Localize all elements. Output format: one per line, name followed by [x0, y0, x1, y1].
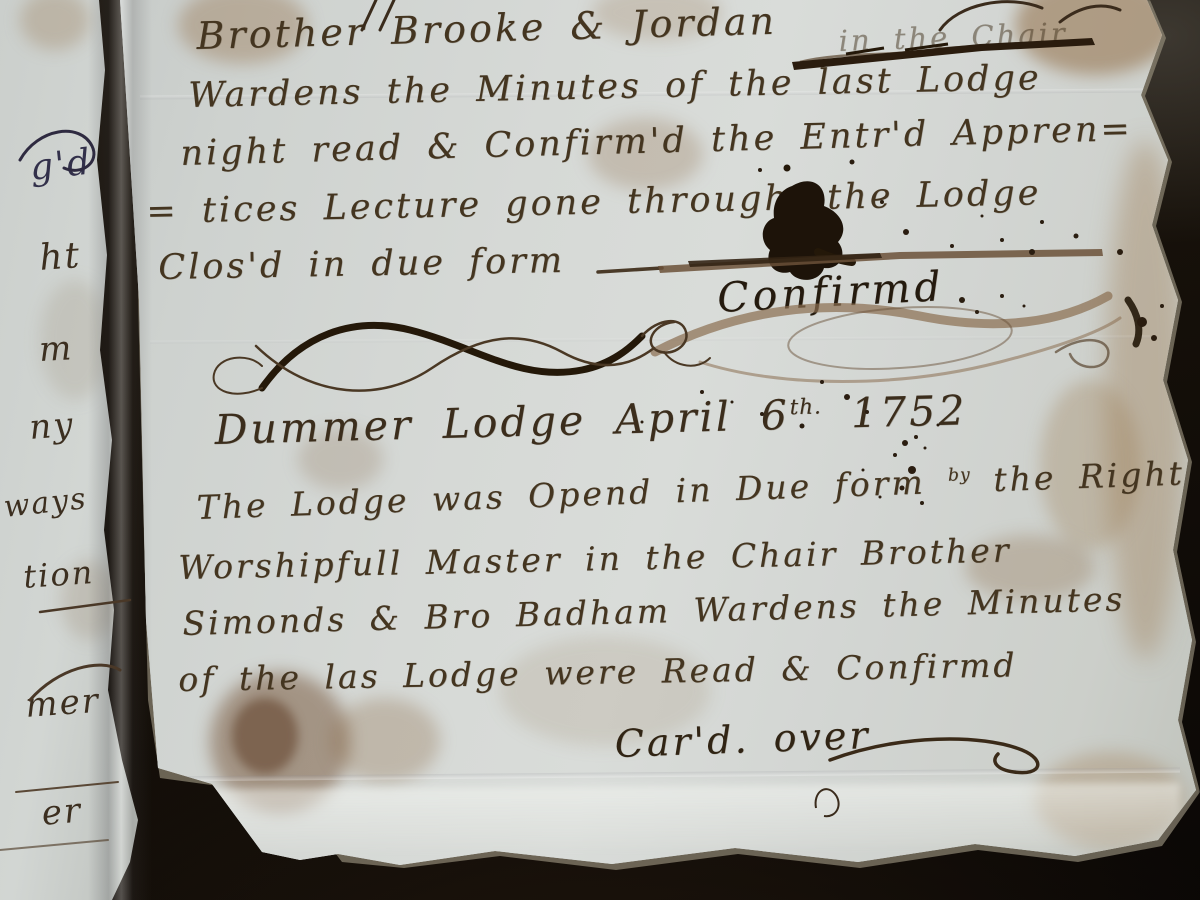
- left-page-fragment: er: [40, 790, 84, 833]
- manuscript-line: of the las Lodge were Read & Confirmd: [178, 645, 1018, 699]
- manuscript-line: Clos'd in due form: [158, 241, 565, 288]
- stain: [20, 0, 90, 50]
- left-page-fragment: m: [38, 328, 74, 370]
- superscript-by: by: [948, 465, 971, 486]
- left-page-fragment: g'd: [28, 142, 94, 189]
- stain: [1035, 752, 1185, 847]
- heading-year: 1752: [850, 386, 968, 437]
- left-page-edge: g'd ht m ny ways tion mer er: [0, 0, 150, 900]
- manuscript-line: Simonds & Bro Badham Wardens the Minutes: [182, 579, 1126, 643]
- paper-crease: [160, 768, 1180, 782]
- confirmation-note: Confirmd: [716, 262, 946, 322]
- stain: [232, 698, 298, 774]
- manuscript-line: night read & Confirm'd the Entr'd Appren…: [180, 109, 1133, 174]
- left-page-fragment: ht: [38, 235, 82, 279]
- manuscript-page: Brother Brooke & Jordan in the Chair War…: [0, 0, 1200, 900]
- manuscript-line: Wardens the Minutes of the last Lodge: [188, 58, 1042, 116]
- paper-crease: [150, 335, 1150, 343]
- manuscript-photo: Brother Brooke & Jordan in the Chair War…: [0, 0, 1200, 900]
- struck-out-text: in the Chair: [838, 16, 1068, 58]
- entry-heading-date: Dummer Lodge April 6th. 1752: [214, 386, 968, 454]
- manuscript-line: Worshipfull Master in the Chair Brother: [178, 531, 1012, 587]
- left-page-fragment: ny: [28, 405, 76, 448]
- heading-main: Dummer Lodge April 6: [214, 391, 790, 454]
- stain: [330, 698, 440, 783]
- manuscript-line: Brother Brooke & Jordan: [196, 0, 777, 58]
- manuscript-line: The Lodge was Opend in Due form by the R…: [196, 453, 1185, 526]
- line-part: The Lodge was Opend in Due form: [196, 463, 926, 527]
- bottom-fold-highlight: [200, 783, 1180, 852]
- manuscript-line: = tices Lecture gone through, the Lodge: [146, 173, 1042, 232]
- carried-over-note: Car'd. over: [614, 713, 871, 766]
- line-part: the Right: [993, 453, 1186, 499]
- left-page-fragment: ways: [2, 481, 89, 525]
- left-page-fragment: tion: [22, 553, 95, 596]
- left-page-fragment: mer: [24, 681, 101, 726]
- heading-ordinal: th.: [789, 394, 822, 420]
